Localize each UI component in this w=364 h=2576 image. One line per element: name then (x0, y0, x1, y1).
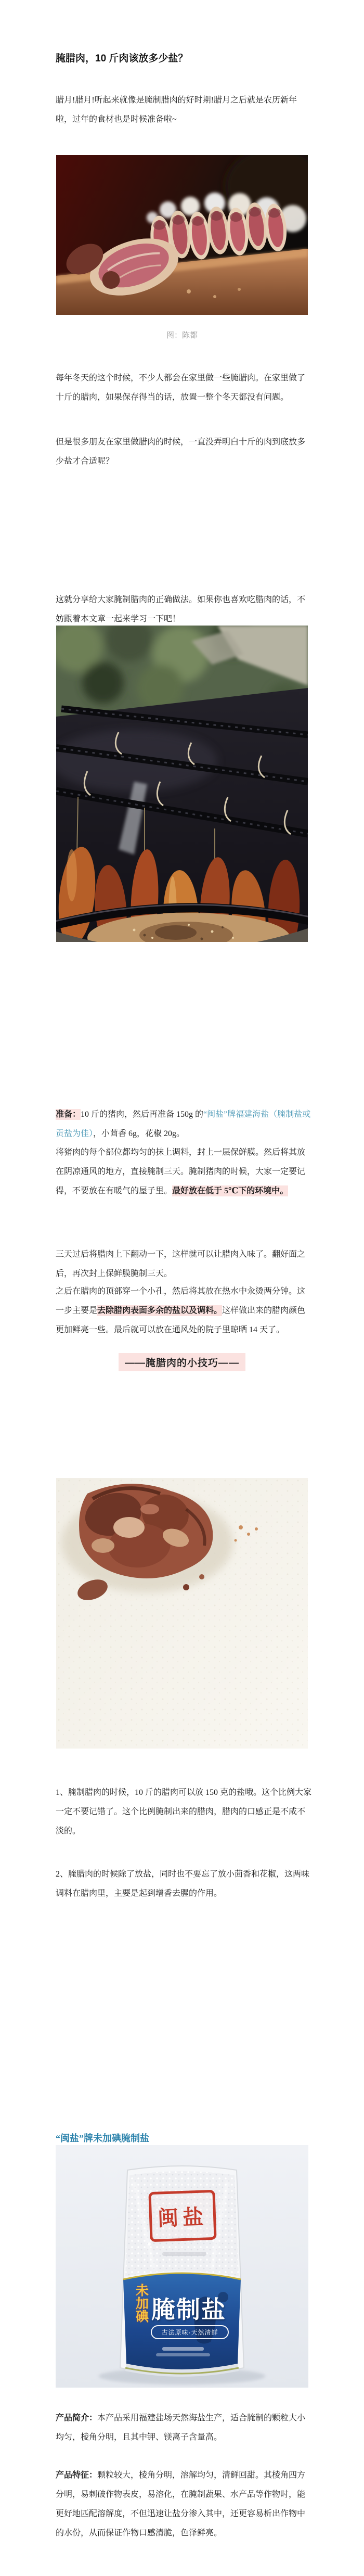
paragraph-7: 三天过后将腊肉上下翻动一下，这样就可以让腊肉入味了。翻好面之后，再次封上保鲜膜腌… (56, 1245, 313, 1283)
salt-bag-stamp-label: 闽盐 (148, 2190, 216, 2242)
text-segment: 去除腊肉表面多余的盐以及调料。 (97, 1305, 222, 1316)
paragraph-3: 但是很多朋友在家里做腊肉的时候，一直没弄明白十斤的肉到底放多少盐才合适呢？ (56, 432, 313, 471)
paragraph-8: 之后在腊肉的顶部穿一个小孔，然后将其放在热水中汆烫两分钟。这一步主要是去除腊肉表… (56, 1282, 313, 1340)
image-caption: 图：陈都 (0, 329, 364, 340)
salt-bag-name-label: 腌制盐 (151, 2291, 226, 2325)
paragraph-4: 这就分享给大家腌制腊肉的正确做法。如果你也喜欢吃腊肉的话，不妨跟着本文章一起来学… (56, 590, 313, 629)
page: 腌腊肉，10 斤肉该放多少盐？ 腊月!腊月!听起来就像是腌制腊肉的好时期!腊月之… (0, 0, 364, 2576)
photo-chopped-bacon-art (56, 1478, 308, 1749)
article-title: 腌腊肉，10 斤肉该放多少盐？ (56, 50, 316, 65)
product-heading: “闽盐”牌未加碘腌制盐 (56, 2131, 316, 2145)
photo-salt-bag-art (56, 2145, 308, 2388)
paragraph-prepare: 准备：10 斤的猪肉，然后再准备 150g 的“闽盐”牌福建海盐（腌制盐或贡盐为… (56, 1105, 313, 1143)
text-segment: ，小茴香 6g，花椒 20g。 (93, 1129, 185, 1138)
text-segment: 10 斤的猪肉，然后再准备 150g 的 (81, 1110, 203, 1119)
paragraph-intro: 腊月!腊月!听起来就像是腌制腊肉的好时期!腊月之后就是农历新年啦，过年的食材也是… (56, 91, 313, 129)
photo-smoking-barrel (56, 626, 308, 942)
text-segment: 最好放在低于 5℃下的环境中。 (172, 1185, 288, 1196)
salt-bag-banner-label: 古法原味·天然清鲜 (151, 2325, 229, 2339)
paragraph-6: 将猪肉的每个部位都均匀的抹上调料，封上一层保鲜膜。然后将其放在阴凉通风的地方，直… (56, 1143, 313, 1201)
photo-sliced-bacon-art (56, 155, 308, 315)
text-segment: 产品特征： (56, 2471, 97, 2480)
salt-bag-vertical-label: 未加碘 (134, 2284, 148, 2323)
photo-sliced-bacon (56, 155, 308, 315)
text-segment: 产品简介： (56, 2414, 97, 2422)
photo-chopped-bacon-board (56, 1478, 308, 1749)
paragraph-2: 每年冬天的这个时候，不少人都会在家里做一些腌腊肉。在家里做了十斤的腊肉，如果保存… (56, 368, 313, 407)
paragraph-tip2: 2、腌腊肉的时候除了放盐，同时也不要忘了放小茴香和花椒，这两味调料在腊肉里，主要… (56, 1865, 313, 1903)
paragraph-product-intro: 产品简介：本产品采用福建盐场天然海盐生产，适合腌制的颗粒大小均匀，棱角分明，且其… (56, 2408, 313, 2447)
photo-salt-bag: 闽盐 未加碘 腌制盐 古法原味·天然清鲜 (56, 2145, 308, 2388)
text-segment: 颗粒较大，棱角分明，溶解均匀，清鲜回甜。其棱角四方分明，易刺破作物表皮，易溶化，… (56, 2471, 305, 2537)
tips-heading: ——腌腊肉的小技巧—— (119, 1353, 245, 1371)
paragraph-tip1: 1、腌制腊肉的时候，10 斤的腊肉可以放 150 克的盐哦。这个比例大家一定不要… (56, 1783, 313, 1841)
tips-heading-row: ——腌腊肉的小技巧—— (0, 1353, 364, 1371)
paragraph-product-features: 产品特征：颗粒较大，棱角分明，溶解均匀，清鲜回甜。其棱角四方分明，易刺破作物表皮… (56, 2466, 313, 2543)
text-segment: 准备： (56, 1109, 81, 1120)
photo-smoking-barrel-art (56, 626, 308, 942)
